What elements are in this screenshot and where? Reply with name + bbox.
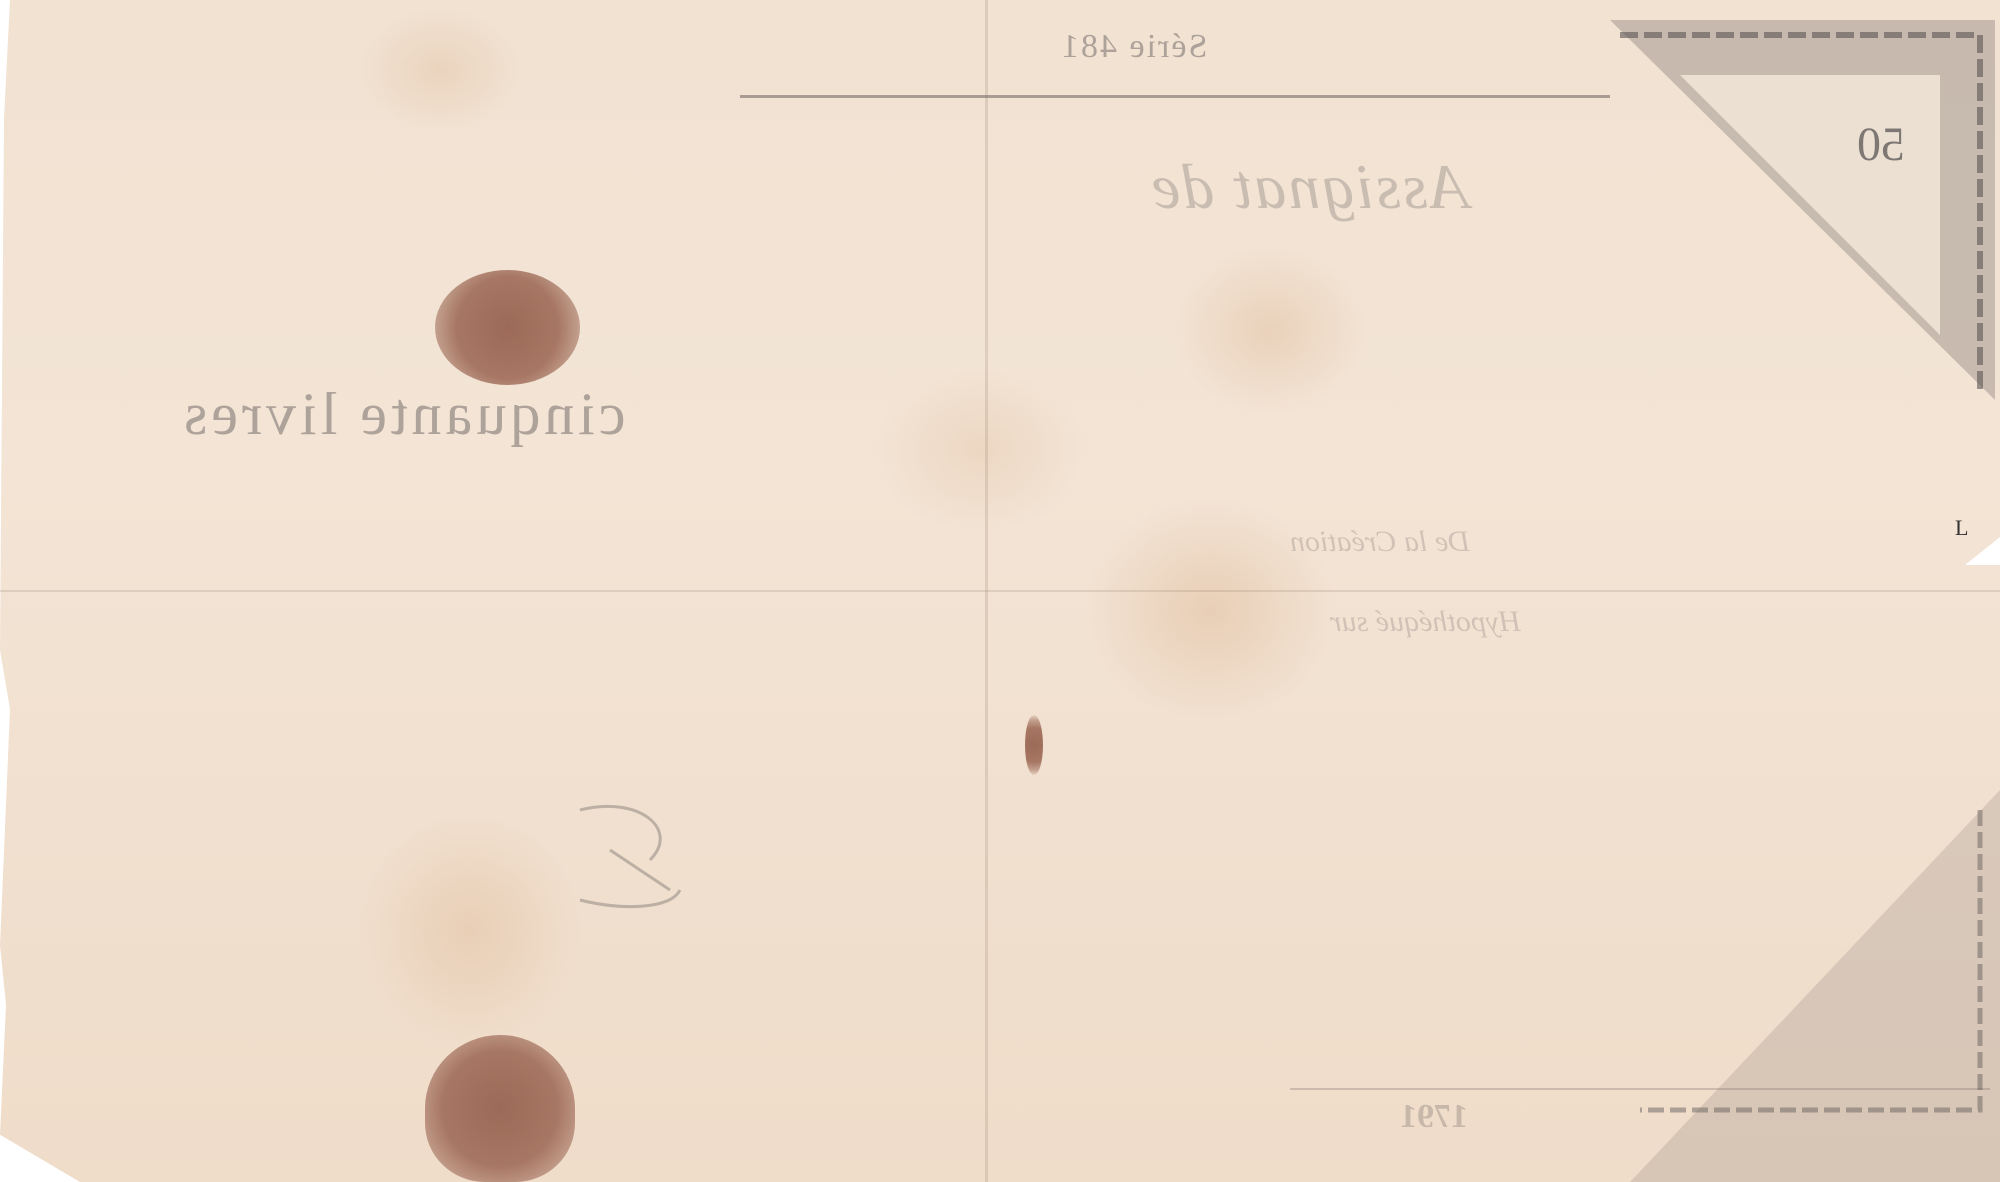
stain-upper-left [435,270,580,385]
edge-letter-text: L [1955,515,1968,541]
svg-text:50: 50 [1857,118,1905,171]
greek-key-corner-bottom-icon [1620,790,2000,1182]
serial-number-text: Série 481 [1060,28,1207,66]
stain-lower-left [425,1035,575,1182]
horizontal-fold [0,590,2000,592]
script-heading-text: Assignat de [1150,150,1469,224]
bottom-number-text: 1791 [1400,1098,1468,1136]
subtext-line-2: Hypothéqué sur [1330,605,1521,639]
signature-mark-icon [560,790,700,920]
value-heading-text: cinquante livres [180,380,626,449]
stain-center-mark [1025,715,1043,775]
greek-key-corner-top-icon: 50 [1600,15,2000,405]
subtext-line-1: De la Création [1290,525,1470,559]
top-border [740,95,1610,98]
